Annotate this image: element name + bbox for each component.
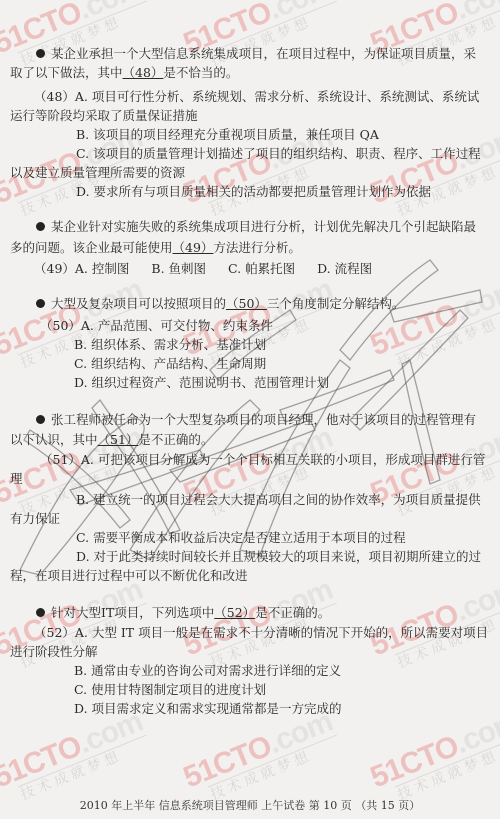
option-51-d-cont: 程，在项目进行过程中可以不断优化和改进 (10, 568, 248, 584)
option-48-b: B. 该项目的项目经理充分重视项目质量，兼任项目 QA (76, 127, 379, 143)
option-51-b: B. 建立统一的项目过程会大大提高项目之间的协作效率，为项目质量提供 (76, 492, 481, 508)
watermark-logo: 51CTO.com技术成就梦想 (180, 707, 344, 811)
bullet-icon (36, 49, 45, 58)
option-51-d: D. 对于此类持续时间较长并且规模较大的项目来说，项目初期所建立的过 (76, 549, 481, 565)
bullet-icon (36, 222, 45, 231)
question-51-stem-line2: 以下认识，其中（51）是不正确的。 (10, 432, 213, 448)
option-52-a: （52）A. 大型 IT 项目一般是在需求不十分清晰的情况下开始的，所以需要对项… (34, 625, 488, 641)
option-52-c: C. 使用甘特图制定项目的进度计划 (74, 682, 266, 698)
answer-blank-50: （50） (226, 296, 267, 311)
answer-blank-48: （48） (123, 65, 164, 80)
watermark-logo: 51CTO.com技术成就梦想 (367, 275, 500, 379)
option-52-b: B. 通常由专业的咨询公司对需求进行详细的定义 (74, 663, 341, 679)
watermark-logo: 51CTO.com技术成就梦想 (367, 0, 500, 77)
option-52-d: D. 项目需求定义和需求实现通常都是一方完成的 (74, 701, 342, 717)
answer-blank-52: （52） (214, 605, 255, 620)
option-48-c: C. 该项目的质量管理计划描述了项目的组织结构、职责、程序、工作过程 (76, 146, 481, 162)
option-52-a-cont: 进行阶段性分解 (10, 644, 98, 660)
option-49-c: C. 帕累托图 (228, 261, 295, 276)
watermark-logo: 51CTO.com技术成就梦想 (367, 423, 500, 527)
bullet-icon (36, 299, 45, 308)
option-50-a: （50）A. 产品范围、可交付物、约束条件 (40, 318, 273, 334)
question-48-stem-line2: 取了以下做法，其中（48）是不恰当的。 (10, 65, 238, 81)
answer-blank-51: （51） (98, 432, 139, 447)
page-footer: 2010 年上半年 信息系统项目管理师 上午试卷 第 10 页 （共 15 页） (0, 797, 500, 813)
bullet-icon (36, 415, 45, 424)
options-49: （49）A. 控制图B. 鱼刺图C. 帕累托图D. 流程图 (34, 261, 372, 277)
exam-page: 51CTO.com技术成就梦想 51CTO.com技术成就梦想 51CTO.co… (0, 0, 500, 819)
option-48-c-cont: 以及建立质量管理所需要的资源 (10, 165, 185, 181)
question-49-stem-line1: 某企业针对实施失败的系统集成项目进行分析，计划优先解决几个引起缺陷最 (36, 219, 476, 235)
option-48-a-cont: 运行等阶段均采取了质量保证措施 (10, 108, 198, 124)
option-49-a: A. 控制图 (75, 261, 129, 276)
option-51-c: C. 需要平衡成本和收益后决定是否建立适用于本项目的过程 (76, 530, 406, 546)
option-51-b-cont: 有力保证 (10, 511, 60, 527)
option-50-d: D. 组织过程资产、范围说明书、范围管理计划 (74, 375, 329, 391)
question-48-stem-line1: 某企业承担一个大型信息系统集成项目，在项目过程中，为保证项目质量，采 (36, 46, 476, 62)
watermark-logo: 51CTO.com技术成就梦想 (367, 707, 500, 811)
option-49-b: B. 鱼刺图 (151, 261, 206, 276)
watermark-logo: 51CTO.com技术成就梦想 (0, 707, 154, 811)
option-48-a: （48）A. 项目可行性分析、系统规划、需求分析、系统设计、系统测试、系统试 (34, 89, 479, 105)
option-50-c: C. 组织结构、产品结构、生命周期 (74, 356, 266, 372)
watermark-logo: 51CTO.com技术成就梦想 (367, 123, 500, 227)
question-50-stem: 大型及复杂项目可以按照项目的（50）三个角度制定分解结构。 (36, 296, 404, 312)
answer-blank-49: （49） (173, 240, 214, 255)
option-48-d: D. 要求所有与项目质量相关的活动都要把质量管理计划作为依据 (76, 184, 431, 200)
option-50-b: B. 组织体系、需求分析、基准计划 (74, 337, 266, 353)
option-49-d: D. 流程图 (317, 261, 372, 276)
bullet-icon (36, 608, 45, 617)
option-51-a: （51）A. 可把该项目分解成为一个个目标相互关联的小项目，形成项目群进行管 (40, 452, 485, 468)
question-49-stem-line2: 多的问题。该企业最可能使用（49）方法进行分析。 (10, 240, 301, 256)
question-52-stem: 针对大型IT项目，下列选项中（52）是不正确的。 (36, 605, 330, 621)
question-51-stem-line1: 张工程师被任命为一个大型复杂项目的项目经理，他对于该项目的过程管理有 (36, 412, 476, 428)
option-51-a-cont: 理 (10, 471, 23, 487)
